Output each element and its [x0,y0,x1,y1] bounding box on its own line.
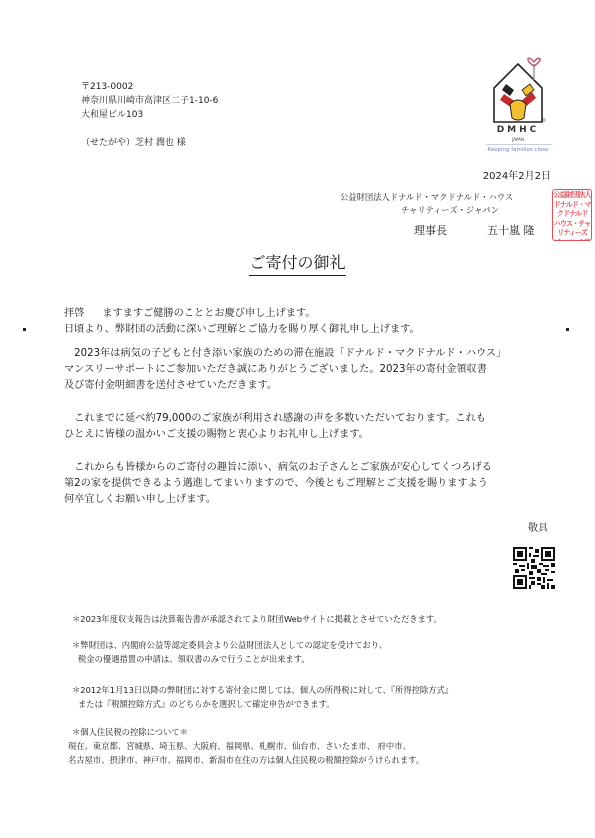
note-annual-report: ＊2023年度収支報告は決算報告書が承認されてより財団Webサイトに掲載とさせて… [72,612,562,626]
note-resident-tax: ＊個人住民税の控除について＊ 現在、東京都、宮城県、埼玉県、大阪府、福岡県、札幌… [72,725,562,767]
letter-title-text: ご寄付の御礼 [249,253,345,276]
paragraph-impact: これまでに延べ約79,000のご家族が利用され感謝の声を多数いただいております。… [64,411,544,443]
address-line-1: 神奈川県川崎市高津区二子1-10-6 [81,94,218,108]
sender-org-line-1: 公益財団法人ドナルド・マクドナルド・ハウス [340,191,513,203]
seal-text-line: ドナルド・マクドナルド [553,200,591,219]
letter-closing: 敬具 [528,519,548,534]
address-line-2: 大和屋ビル103 [81,108,218,122]
note-heading: ＊個人住民税の控除について＊ [72,725,562,739]
punch-mark-right [566,328,569,331]
text-line: ＊2012年1月13日以降の弊財団に対する寄付金に関しては、個人の所得税に対して… [72,683,562,697]
text-line: マンスリーサポートにご参加いただき誠にありがとうございました。2023年の寄付金… [64,362,544,378]
paragraph-thanks: 2023年は病気の子どもと付き添い家族のための滞在施設「ドナルド・マクドナルド・… [64,346,544,394]
dmhc-logo: DMHC JAPAN Keeping families close [470,50,566,160]
house-heart-logo-icon [470,50,566,126]
recipient-name: （せたがや）芝村 潤也 様 [81,135,186,148]
seal-text-line: ジャパン之印 [553,238,591,242]
letter-date: 2024年2月2日 [483,167,551,182]
text-line: 何卒宜しくお願い申し上げます。 [64,492,544,508]
text-line: または『税額控除方式』のどちらかを選択して確定申告ができます。 [72,697,562,711]
sender-signature: 理事長五十嵐 隆 [414,222,535,238]
logo-tagline: Keeping families close [470,147,566,153]
note-tax-deduction: ＊2012年1月13日以降の弊財団に対する寄付金に関しては、個人の所得税に対して… [72,683,562,711]
postal-code: 〒213-0002 [81,80,218,94]
text-line: これからも皆様からのご寄付の趣旨に添い、病気のお子さんとご家族が安心してくつろげ… [64,460,544,476]
seal-text-line: ハウス・チャリティーズ [553,219,591,238]
qr-code-icon[interactable] [513,547,555,589]
letter-title: ご寄付の御礼 [0,250,595,273]
recipient-address: 〒213-0002 神奈川県川崎市高津区二子1-10-6 大和屋ビル103 [81,80,218,122]
paragraph-future: これからも皆様からのご寄付の趣旨に添い、病気のお子さんとご家族が安心してくつろげ… [64,460,544,508]
logo-divider [486,144,552,145]
sender-org-line-2: チャリティーズ・ジャパン [401,204,499,216]
sender-name: 五十嵐 隆 [487,224,535,237]
text-line: 名古屋市、摂津市、神戸市、福岡市、新潟市在住の方は個人住民税の税額控除がうけられ… [68,753,562,767]
sender-title: 理事長 [414,224,447,237]
text-line: ひとえに皆様の温かいご支援の賜物と衷心よりお礼申し上げます。 [64,427,544,443]
text-line: 現在、東京都、宮城県、埼玉県、大阪府、福岡県、札幌市、仙台市、さいたま市、 府中… [68,739,562,753]
text-line: 2023年は病気の子どもと付き添い家族のための滞在施設「ドナルド・マクドナルド・… [64,346,544,362]
seal-text-line: 公益財団法人 [553,190,591,200]
text-line: ＊弊財団は、内閣府公益等認定委員会より公益財団法人としての認定を受けており、 [72,638,562,652]
text-line: 税金の優遇措置の申請は、領収書のみで行うことが出来ます。 [72,652,562,666]
punch-mark-left [23,328,26,331]
greeting-opening: 拝啓 [64,308,84,319]
text-line: 第2の家を提供できるよう邁進してまいりますので、今後ともご理解とご支援を賜ります… [64,476,544,492]
greeting-text: ますますご健勝のこととお慶び申し上げます。 [102,308,315,319]
text-line: 及び寄付金明細書を送付させていただきます。 [64,378,544,394]
logo-country: JAPAN [470,137,566,142]
paragraph-greeting: 拝啓ますますご健勝のこととお慶び申し上げます。 日頃より、弊財団の活動に深いご理… [64,306,544,338]
note-certification: ＊弊財団は、内閣府公益等認定委員会より公益財団法人としての認定を受けており、 税… [72,638,562,666]
greeting-line-2: 日頃より、弊財団の活動に深いご理解とご協力を賜り厚く御礼申し上げます。 [64,322,544,338]
text-line: これまでに延べ約79,000のご家族が利用され感謝の声を多数いただいております。… [64,411,544,427]
logo-name: DMHC [470,125,566,135]
official-seal-stamp: 公益財団法人 ドナルド・マクドナルド ハウス・チャリティーズ ジャパン之印 [552,189,592,241]
greeting-line-1: 拝啓ますますご健勝のこととお慶び申し上げます。 [64,306,544,322]
